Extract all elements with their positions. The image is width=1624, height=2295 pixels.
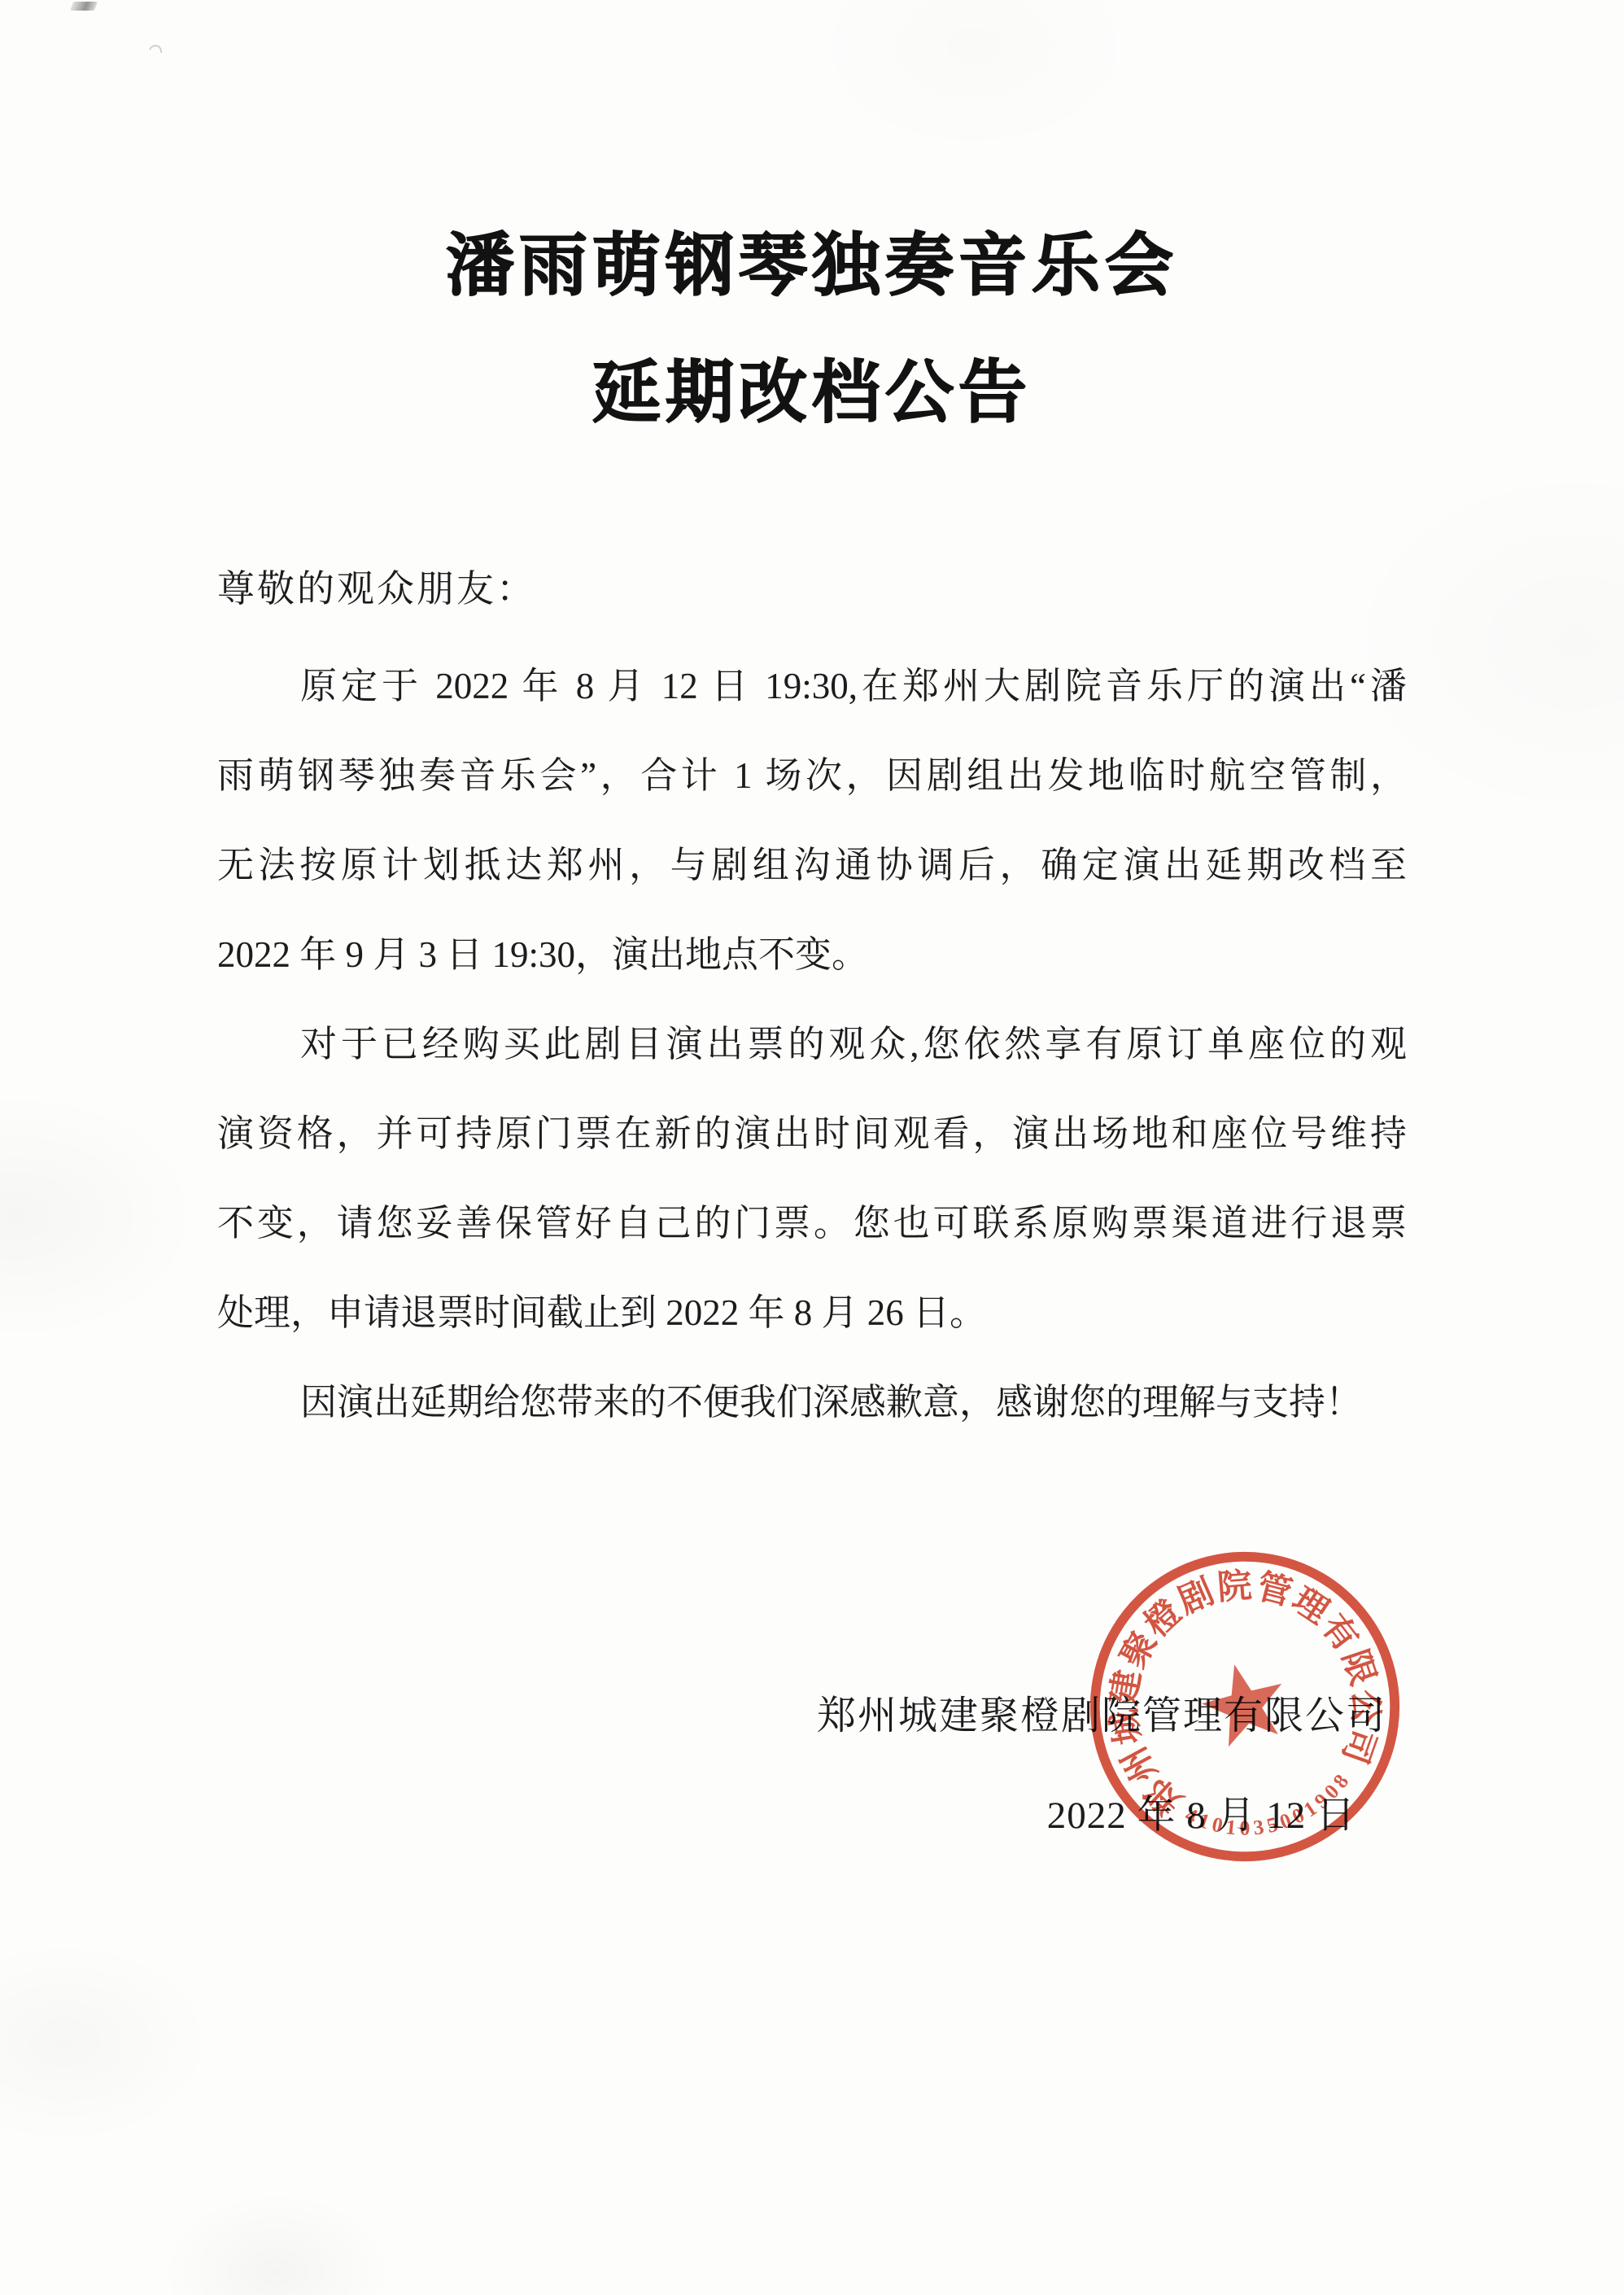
body-line: 2022 年 9 月 3 日 19:30，演出地点不变。 [217,910,1407,999]
salutation: 尊敬的观众朋友： [217,563,536,615]
seal-serial-number: 4101035001908 [1177,1763,1364,1857]
body-line: 不变，请您妥善保管好自己的门票。您也可联系原购票渠道进行退票 [217,1178,1407,1268]
title-line-1: 潘雨萌钢琴独奏音乐会 [0,218,1624,316]
scan-smudge-top-left [70,2,98,11]
company-seal-stamp: 郑州城建聚橙剧院管理有限公司 4101035001908 [1050,1512,1439,1901]
body-line: 雨萌钢琴独奏音乐会”，合计 1 场次，因剧组出发地临时航空管制， [217,731,1407,820]
body-line: 原定于 2022 年 8 月 12 日 19:30,在郑州大剧院音乐厅的演出“潘 [217,641,1407,731]
title-line-2: 延期改档公告 [0,345,1624,443]
scan-speck [146,42,164,60]
body-line: 因演出延期给您带来的不便我们深感歉意，感谢您的理解与支持！ [217,1357,1407,1447]
announcement-page: 潘雨萌钢琴独奏音乐会 延期改档公告 尊敬的观众朋友： 原定于 2022 年 8 … [0,0,1624,2295]
star-icon [1194,1655,1294,1751]
body-line: 对于已经购买此剧目演出票的观众,您依然享有原订单座位的观 [217,999,1407,1089]
body-line: 无法按原计划抵达郑州，与剧组沟通协调后，确定演出延期改档至 [217,820,1407,910]
body-text: 原定于 2022 年 8 月 12 日 19:30,在郑州大剧院音乐厅的演出“潘… [217,641,1407,1447]
svg-text:4101035001908: 4101035001908 [1177,1763,1364,1857]
body-line: 演资格，并可持原门票在新的演出时间观看，演出场地和座位号维持 [217,1089,1407,1178]
body-line: 处理，申请退票时间截止到 2022 年 8 月 26 日。 [217,1268,1407,1357]
